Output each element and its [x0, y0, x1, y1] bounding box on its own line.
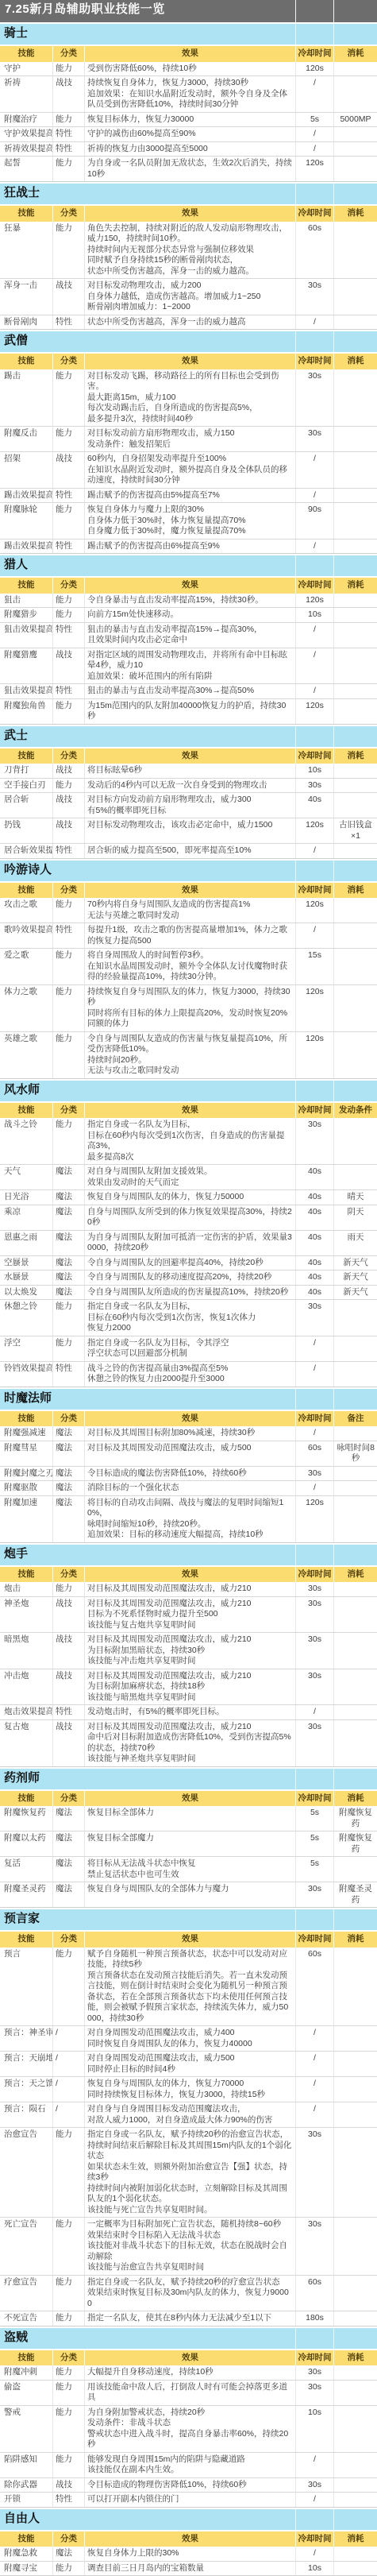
category-cell: 能力 [52, 503, 84, 539]
cost-cell: 晴天 [333, 1190, 377, 1205]
table-row: 守护能力受到伤害降低60%，持续10秒120s [0, 62, 377, 77]
category-cell: 能力 [52, 779, 84, 793]
category-cell: 特性 [52, 489, 84, 503]
cooldown-cell: 120s [295, 1496, 333, 1542]
table-row: 预言：天之馈赠/恢复自身与周围队友的体力，恢复力70000 同时持续恢复目标体力… [0, 2077, 377, 2102]
table-row: 空蜃景魔法令自身与周围队友的回避率提高40%，持续20秒40s新天气 [0, 1256, 377, 1271]
class-bar-spacer [333, 555, 377, 576]
cost-cell [333, 2562, 377, 2576]
cooldown-cell: / [295, 923, 333, 948]
class-bar-spacer [333, 2328, 377, 2349]
cost-cell [333, 2052, 377, 2076]
column-header-cost-cell: 发动条件 [333, 1103, 377, 1119]
column-header-category-cell: 分类 [52, 1567, 84, 1583]
column-header-cooldown-cell: 冷却时间 [295, 1411, 333, 1427]
skill-name-cell: 死亡宣告 [0, 2218, 52, 2275]
class-section-bar: 时魔法师 [0, 1387, 377, 1411]
cooldown-cell: 10s [295, 764, 333, 778]
cost-cell [333, 2547, 377, 2561]
skill-name-cell: 附魔寻宝 [0, 2562, 52, 2576]
effect-cell: 为自身附加警戒状态，持续20秒 发动条件：非战斗状态 警戒状态中进入战斗时，提高… [84, 2406, 295, 2452]
column-header-cooldown-cell: 冷却时间 [295, 748, 333, 764]
effect-cell: 对自身周围发动范围魔法攻击，威力500 同时停止目标的时间4秒 [84, 2052, 295, 2076]
class-section-bar: 预言家 [0, 1908, 377, 1932]
column-header-effect-cell: 效果 [84, 2350, 295, 2366]
table-row: 附魔独角兽能力为15m范围内的队友附加40000恢复力的护盾，持续30秒120s [0, 699, 377, 725]
class-bar-spacer [295, 1545, 333, 1565]
skill-name-cell: 治愈宣告 [0, 2128, 52, 2217]
table-row: 附魔治疗能力恢复目标体力，恢复力300005s5000MP [0, 113, 377, 128]
category-cell: 魔法 [52, 1441, 84, 1466]
category-cell: 战技 [52, 279, 84, 315]
cooldown-cell: 120s [295, 818, 333, 843]
skill-name-cell: 爱之歌 [0, 949, 52, 984]
column-header-row: 技能分类效果冷却时间消耗 [0, 206, 377, 222]
class-name: 猎人 [0, 555, 295, 576]
skill-name-cell: 冲击炮 [0, 1669, 52, 1705]
skill-name-cell: 预言：陨石 [0, 2102, 52, 2127]
cost-cell [333, 779, 377, 793]
cost-cell [333, 985, 377, 1031]
class-name: 预言家 [0, 1909, 295, 1930]
cost-cell: 阴天 [333, 1205, 377, 1230]
cost-cell [333, 608, 377, 622]
column-header-skill-name-cell: 技能 [0, 748, 52, 764]
skill-name-cell: 天气 [0, 1165, 52, 1189]
effect-cell: 对目标及其周围发动范围魔法攻击，威力210 为目标附加黑暗状态，持续30秒 该技… [84, 1633, 295, 1669]
class-bar-spacer [295, 2328, 333, 2349]
table-row: 歌吟效果提高特性每提升1级，攻击之歌的伤害提高量增加1%，体力之歌的恢复力提高5… [0, 923, 377, 949]
skill-name-cell: 附魔彗星 [0, 1441, 52, 1466]
category-cell: 能力 [52, 2218, 84, 2275]
skill-name-cell: 陷阱感知 [0, 2453, 52, 2477]
column-header-row: 技能分类效果冷却时间消耗 [0, 883, 377, 899]
cooldown-cell: / [295, 2026, 333, 2051]
effect-cell: 恢复自身与周围队友的体力，恢复力70000 同时持续恢复目标体力，恢复力3000… [84, 2077, 295, 2102]
class-bar-spacer [295, 1769, 333, 1789]
cost-cell [333, 62, 377, 76]
cost-cell: 新天气 [333, 1271, 377, 1285]
class-bar-spacer [295, 1909, 333, 1930]
table-row: 浑身一击战技对目标发动物理攻击，威力200 自身体力越低，造成伤害越高。增加威力… [0, 279, 377, 315]
column-header-cooldown-cell: 冷却时间 [295, 1103, 333, 1119]
effect-cell: 对目标方向发动前方扇形物理攻击，威力300 有5%的概率即死目标 [84, 793, 295, 818]
cooldown-cell: 40s [295, 1165, 333, 1189]
table-row: 居合斩战技对目标方向发动前方扇形物理攻击，威力300 有5%的概率即死目标40s [0, 793, 377, 818]
effect-cell: 为自身与周围队友附加可抵消一定伤害的护盾，效果量30000，持续20秒 [84, 1231, 295, 1255]
column-header-category-cell: 分类 [52, 206, 84, 222]
category-cell: 特性 [52, 844, 84, 858]
class-section-炮手: 炮手技能分类效果冷却时间消耗炮击能力对目标及其周围发动范围魔法攻击，威力2103… [0, 1543, 377, 1767]
cooldown-cell: 120s [295, 699, 333, 724]
cost-cell [333, 949, 377, 984]
cost-cell [333, 923, 377, 948]
category-cell: 能力 [52, 1582, 84, 1596]
cooldown-cell: / [295, 844, 333, 858]
skill-name-cell: 踢击效果提高 [0, 489, 52, 503]
effect-cell: 指定一名队友，使其在8秒内体力无法减少至1以下 [84, 2311, 295, 2326]
skill-name-cell: 踢击 [0, 369, 52, 427]
column-header-cost-cell: 消耗 [333, 1932, 377, 1947]
effect-cell: 指定自身或一名队友为目标， 目标在60秒内每次受到1次伤害，恢复1次体力 恢复力… [84, 1300, 295, 1336]
class-section-武士: 武士技能分类效果冷却时间消耗刀背打战技将目标眩晕6秒10s空手接白刃能力发动后的… [0, 725, 377, 859]
cost-cell [333, 1426, 377, 1441]
cooldown-cell: 30s [295, 779, 333, 793]
effect-cell: 持续恢复自身体力，恢复力3000，持续30秒 追加效果：在知识水晶附近发动时，额… [84, 76, 295, 112]
category-cell: 能力 [52, 369, 84, 427]
category-cell: 能力 [52, 1032, 84, 1078]
category-cell: 特性 [52, 315, 84, 330]
class-section-狂战士: 狂战士技能分类效果冷却时间消耗狂暴能力角色失去控制，持续对附近的敌人发动扇形物理… [0, 182, 377, 330]
category-cell: 能力 [52, 113, 84, 127]
skill-name-cell: 起誓 [0, 157, 52, 181]
effect-cell: 将目标眩晕6秒 [84, 764, 295, 778]
effect-cell: 指定自身或一名队友，赋予持续20秒的治愈宣告状态， 持续时间结束后解除目标及其周… [84, 2128, 295, 2217]
class-name: 骑士 [0, 24, 295, 44]
class-section-药剂师: 药剂师技能分类效果冷却时间消耗附魔恢复药魔法恢复目标全部体力5s附魔恢复药附魔以… [0, 1767, 377, 1909]
column-header-cost-cell: 消耗 [333, 2350, 377, 2366]
cost-cell [333, 127, 377, 141]
category-cell: 魔法 [52, 1467, 84, 1481]
class-bar-spacer [295, 1389, 333, 1410]
effect-cell: 对目标发动物理攻击，该攻击必定命中，威力1500 [84, 818, 295, 843]
class-name: 武僧 [0, 331, 295, 352]
cooldown-cell: 10s [295, 2562, 333, 2576]
category-cell: 魔法 [52, 1496, 84, 1542]
table-row: 狙击能力令自身暴击与直击发动率提高15%，持续30秒。120s [0, 594, 377, 609]
skill-name-cell: 狙击效果提高II [0, 684, 52, 698]
cooldown-cell: / [295, 540, 333, 554]
table-row: 陷阱感知能力能够发现自身周围15m内的陷阱与隐藏道路 该技能仅在副本内生效。/ [0, 2453, 377, 2478]
table-row: 不死宣告能力指定一名队友，使其在8秒内体力无法减少至1以下180s [0, 2311, 377, 2327]
effect-cell: 对目标及其周围目标附加80%减速，持续30秒 [84, 1426, 295, 1441]
skill-name-cell: 预言：神圣审判 [0, 2026, 52, 2051]
cooldown-cell: 40s [295, 1271, 333, 1285]
column-header-skill-name-cell: 技能 [0, 1567, 52, 1583]
category-cell: / [52, 2102, 84, 2127]
class-bar-spacer [333, 2509, 377, 2530]
effect-cell: 将目标的自动攻击间隔、战技与魔法的复唱时间缩短10%， 咏唱时间缩短10秒，持续… [84, 1496, 295, 1542]
class-name: 时魔法师 [0, 1389, 295, 1410]
category-cell: 魔法 [52, 1190, 84, 1205]
column-header-skill-name-cell: 技能 [0, 1411, 52, 1427]
class-section-bar: 自由人 [0, 2508, 377, 2532]
class-name: 狂战士 [0, 184, 295, 204]
column-header-effect-cell: 效果 [84, 1567, 295, 1583]
cost-cell [333, 1300, 377, 1336]
effect-cell: 发动炮击时，有5%的概率即死目标。 [84, 1705, 295, 1719]
cost-cell [333, 623, 377, 648]
effect-cell: 70秒内将自身与周围队友造成的伤害提高1% 无法与英雄之歌同时发动 [84, 898, 295, 922]
skill-name-cell: 偷盗 [0, 2381, 52, 2405]
cost-cell: 附魔恢复药 [333, 1806, 377, 1831]
column-header-cost-cell: 备注 [333, 1411, 377, 1427]
table-row: 守护效果提高特性守护的减伤由60%提高至90%/ [0, 127, 377, 142]
cost-cell [333, 222, 377, 279]
skill-name-cell: 炮击 [0, 1582, 52, 1596]
table-row: 附魔冲刺能力大幅提升自身移动速度，持续10秒30s [0, 2365, 377, 2381]
class-name: 自由人 [0, 2509, 295, 2530]
skill-name-cell: 附魔独角兽 [0, 699, 52, 724]
column-header-row: 技能分类效果冷却时间消耗 [0, 2350, 377, 2366]
effect-cell: 消除目标的一个强化状态 [84, 1481, 295, 1495]
category-cell: 特性 [52, 923, 84, 948]
class-section-自由人: 自由人技能分类效果冷却时间消耗附魔急救魔法恢复自身体力上限的30%/附魔寻宝能力… [0, 2508, 377, 2576]
skill-name-cell: 铃铛效果提高 [0, 1362, 52, 1387]
skill-name-cell: 歌吟效果提高 [0, 923, 52, 948]
effect-cell: 踢击赋予的伤害提高由5%提高至7% [84, 489, 295, 503]
effect-cell: 令目标造成的物理伤害降低10%，持续60秒 [84, 2478, 295, 2493]
class-bar-spacer [333, 1389, 377, 1410]
effect-cell: 令目标造成的魔法伤害降低10%，持续60秒 [84, 1467, 295, 1481]
column-header-cost-cell: 消耗 [333, 578, 377, 594]
class-name: 炮手 [0, 1545, 295, 1565]
category-cell: 特性 [52, 540, 84, 554]
table-row: 居合斩效果提高特性居合斩的威力提高至500，即死率提高至10%/ [0, 844, 377, 859]
class-bar-spacer [333, 184, 377, 204]
category-cell: 能力 [52, 2276, 84, 2311]
skill-name-cell: 水蜃景 [0, 1271, 52, 1285]
effect-cell: 令自身与周围队友造成的伤害量与恢复量提高10%，所受伤害降低10%。 持续时间2… [84, 1032, 295, 1078]
class-section-bar: 武士 [0, 725, 377, 748]
skill-name-cell: 附魔以太药 [0, 1831, 52, 1856]
cost-cell [333, 699, 377, 724]
table-row: 附魔彗星魔法对目标及其周围发动范围魔法攻击，威力50060s咏唱时间8秒 [0, 1441, 377, 1467]
category-cell: 能力 [52, 2453, 84, 2477]
cooldown-cell: 40s [295, 1205, 333, 1230]
skill-name-cell: 守护 [0, 62, 52, 76]
table-row: 体力之歌能力持续恢复自身与周围队友的体力，恢复力3000，持续30秒 同时将所有… [0, 985, 377, 1032]
category-cell: 能力 [52, 157, 84, 181]
table-row: 附魔脉轮能力恢复自身体力与魔力上限的30% 自身体力低于30%时，体力恢复量提高… [0, 503, 377, 540]
skill-name-cell: 除你武器 [0, 2478, 52, 2493]
effect-cell: 恢复自身体力与魔力上限的30% 自身体力低于30%时，体力恢复量提高70% 自身… [84, 503, 295, 539]
cooldown-cell: 40s [295, 1231, 333, 1255]
category-cell: 能力 [52, 949, 84, 984]
effect-cell: 为自身或一名队员附加无敌状态，生效2次后消失，持续10秒 [84, 157, 295, 181]
cooldown-cell: 10s [295, 608, 333, 622]
cost-cell [333, 76, 377, 112]
column-header-cooldown-cell: 冷却时间 [295, 1567, 333, 1583]
table-row: 预言：神圣审判/对自身周围发动范围魔法攻击，威力400 同时恢复自身周围队友的体… [0, 2026, 377, 2052]
category-cell: 能力 [52, 2311, 84, 2326]
category-cell: / [52, 2052, 84, 2076]
cooldown-cell: 30s [295, 1882, 333, 1907]
cooldown-cell: 30s [295, 369, 333, 427]
column-header-row: 技能分类效果冷却时间备注 [0, 1411, 377, 1427]
table-row: 爱之歌能力将自身周围敌人的时间暂停3秒。 在知识水晶周围发动时，额外令全体队友讨… [0, 949, 377, 985]
table-row: 附魔驱散魔法消除目标的一个强化状态/ [0, 1481, 377, 1496]
category-cell: 魔法 [52, 1256, 84, 1271]
column-header-cost-cell: 消耗 [333, 1567, 377, 1583]
class-bar-spacer [295, 555, 333, 576]
table-row: 死亡宣告能力一定概率为目标附加死亡宣告状态，随机持续8~60秒 效果结束时令目标… [0, 2218, 377, 2276]
column-header-skill-name-cell: 技能 [0, 578, 52, 594]
skill-name-cell: 战斗之铃 [0, 1118, 52, 1164]
column-header-category-cell: 分类 [52, 578, 84, 594]
column-header-category-cell: 分类 [52, 1791, 84, 1807]
cooldown-cell: 180s [295, 2311, 333, 2326]
column-header-category-cell: 分类 [52, 46, 84, 62]
category-cell: 特性 [52, 1362, 84, 1387]
effect-cell: 对目标发动前方扇形物理攻击，威力150 发动条件：触发招架后 [84, 427, 295, 451]
cooldown-cell: 120s [295, 594, 333, 608]
cooldown-cell: 30s [295, 427, 333, 451]
skill-name-cell: 附魔加速 [0, 1496, 52, 1542]
column-header-skill-name-cell: 技能 [0, 1791, 52, 1807]
skill-name-cell: 踢击效果提高II [0, 540, 52, 554]
cooldown-cell: / [295, 2077, 333, 2102]
effect-cell: 状态中所受伤害越高，浑身一击的威力越高 [84, 315, 295, 330]
cooldown-cell: / [295, 1481, 333, 1495]
table-row: 附魔封魔之刃魔法令目标造成的魔法伤害降低10%，持续60秒30s [0, 1467, 377, 1482]
column-header-effect-cell: 效果 [84, 46, 295, 62]
cooldown-cell: 30s [295, 1582, 333, 1596]
class-section-猎人: 猎人技能分类效果冷却时间消耗狙击能力令自身暴击与直击发动率提高15%，持续30秒… [0, 554, 377, 725]
category-cell: / [52, 2077, 84, 2102]
cost-cell [333, 1032, 377, 1078]
category-cell: 战技 [52, 1669, 84, 1705]
column-header-effect-cell: 效果 [84, 2532, 295, 2547]
table-row: 水蜃景魔法令自身与周围队友的移动速度提高20%，持续20秒40s新天气 [0, 1271, 377, 1286]
column-header-skill-name-cell: 技能 [0, 354, 52, 369]
column-header-cost-cell: 消耗 [333, 354, 377, 369]
cost-cell: 咏唱时间8秒 [333, 1441, 377, 1466]
table-row: 踢击能力对目标发动飞踢，移动路径上的所有目标也会受到伤害。 最大距离15m，威力… [0, 369, 377, 427]
effect-cell: 对目标发动飞踢，移动路径上的所有目标也会受到伤害。 最大距离15m，威力100 … [84, 369, 295, 427]
table-row: 附魔猎鹰战技对指定区域的周围发动物理攻击，并将所有命中目标眩晕4秒，威力10 追… [0, 648, 377, 685]
column-header-row: 技能分类效果冷却时间消耗 [0, 748, 377, 764]
table-row: 附魔猎步能力向前方15m处快速移动。10s [0, 608, 377, 623]
cooldown-cell: / [295, 2453, 333, 2477]
table-row: 休憩之铃能力指定自身或一名队友为目标， 目标在60秒内每次受到1次伤害，恢复1次… [0, 1300, 377, 1336]
effect-cell: 令自身与周围队友所造成的伤害量提高10%，持续20秒 [84, 1286, 295, 1300]
category-cell: 魔法 [52, 1231, 84, 1255]
cooldown-cell: / [295, 2547, 333, 2561]
category-cell: 能力 [52, 898, 84, 922]
skill-name-cell: 附魔封魔之刃 [0, 1467, 52, 1481]
skill-name-cell: 不死宣告 [0, 2311, 52, 2326]
category-cell: 能力 [52, 2381, 84, 2405]
cooldown-cell: 30s [295, 1467, 333, 1481]
skill-name-cell: 招架 [0, 452, 52, 488]
category-cell: 魔法 [52, 1882, 84, 1907]
cost-cell [333, 2365, 377, 2380]
effect-cell: 大幅提升自身移动速度，持续10秒 [84, 2365, 295, 2380]
table-row: 附魔寻宝能力调查目前三日月岛内的宝箱数量10s [0, 2562, 377, 2576]
table-row: 乘凉魔法自身与周围队友所受到的体力恢复效果提高30%，持续20秒40s阴天 [0, 1205, 377, 1231]
skill-name-cell: 复活 [0, 1857, 52, 1882]
column-header-cooldown-cell: 冷却时间 [295, 354, 333, 369]
class-section-bar: 风水师 [0, 1079, 377, 1103]
class-section-骑士: 骑士技能分类效果冷却时间消耗守护能力受到伤害降低60%，持续10秒120s祈祷战… [0, 22, 377, 182]
category-cell: 魔法 [52, 1806, 84, 1831]
table-row: 恩惠之雨魔法为自身与周围队友附加可抵消一定伤害的护盾，效果量30000，持续20… [0, 1231, 377, 1256]
cost-cell: 附魔恢复药 [333, 1831, 377, 1856]
effect-cell: 对目标及其周围发动范围魔法攻击，威力210 为目标附加麻痹状态，持续18秒 该技… [84, 1669, 295, 1705]
column-header-cooldown-cell: 冷却时间 [295, 2350, 333, 2366]
title-bar: 7.25新月岛辅助职业技能一览 [0, 0, 377, 22]
category-cell: 能力 [52, 699, 84, 724]
title-bar-cost-cell [333, 0, 377, 22]
category-cell: 战技 [52, 452, 84, 488]
effect-cell: 令自身暴击与直击发动率提高15%，持续30秒。 [84, 594, 295, 608]
cost-cell [333, 1633, 377, 1669]
effect-cell: 能够发现自身周围15m内的陷阱与隐藏道路 该技能仅在副本内生效。 [84, 2453, 295, 2477]
category-cell: 魔法 [52, 1857, 84, 1882]
column-header-category-cell: 分类 [52, 1411, 84, 1427]
effect-cell: 赋予自身随机一种预言预备状态，状态中可以发动对应技能，持续5秒 预言预备状态在发… [84, 1947, 295, 2026]
cooldown-cell: 40s [295, 1256, 333, 1271]
class-bar-spacer [295, 1081, 333, 1101]
effect-cell: 狙击的暴击与直击发动率提高30%→提高50% [84, 684, 295, 698]
column-header-cost-cell: 消耗 [333, 748, 377, 764]
cooldown-cell: 120s [295, 62, 333, 76]
cooldown-cell: 60s [295, 2276, 333, 2311]
class-bar-spacer [333, 1909, 377, 1930]
cost-cell [333, 1597, 377, 1633]
class-bar-spacer [333, 331, 377, 352]
table-row: 神圣炮战技对目标及其周围发动范围魔法攻击，威力210 目标为不死系怪物时威力提升… [0, 1597, 377, 1634]
cost-cell [333, 898, 377, 922]
class-section-盗贼: 盗贼技能分类效果冷却时间消耗附魔冲刺能力大幅提升自身移动速度，持续10秒30s偷… [0, 2327, 377, 2508]
cooldown-cell: 30s [295, 1669, 333, 1705]
table-row: 祈祷效果提高特性祈祷的恢复力由3000提高至5000/ [0, 142, 377, 157]
cost-cell [333, 764, 377, 778]
cost-cell [333, 793, 377, 818]
class-section-bar: 猎人 [0, 554, 377, 578]
table-row: 复古炮战技对目标及其周围发动范围魔法攻击，威力210 命中后对目标附加造成伤害降… [0, 1720, 377, 1767]
column-header-cooldown-cell: 冷却时间 [295, 578, 333, 594]
category-cell: 特性 [52, 684, 84, 698]
cost-cell [333, 1362, 377, 1387]
category-cell: 能力 [52, 1947, 84, 2026]
cooldown-cell: 30s [295, 1633, 333, 1669]
skill-name-cell: 狙击 [0, 594, 52, 608]
cooldown-cell: 30s [295, 2381, 333, 2405]
cost-cell [333, 489, 377, 503]
column-header-skill-name-cell: 技能 [0, 2532, 52, 2547]
cost-cell [333, 2478, 377, 2493]
skill-name-cell: 预言 [0, 1947, 52, 2026]
column-header-category-cell: 分类 [52, 2350, 84, 2366]
skill-name-cell: 警戒 [0, 2406, 52, 2452]
skill-name-cell: 守护效果提高 [0, 127, 52, 141]
class-name: 药剂师 [0, 1769, 295, 1789]
effect-cell: 对目标及其周围发动范围魔法攻击，威力210 命中后对目标附加造成伤害降低10%，… [84, 1720, 295, 1766]
effect-cell: 对指定区域的周围发动物理攻击，并将所有命中目标眩晕4秒，威力10 追加效果：破坏… [84, 648, 295, 684]
column-header-row: 技能分类效果冷却时间消耗 [0, 2532, 377, 2547]
effect-cell: 发动后的4秒内可以无敌一次自身受到的物理攻击 [84, 779, 295, 793]
cooldown-cell: 5s [295, 1831, 333, 1856]
class-bar-spacer [333, 1545, 377, 1565]
class-section-武僧: 武僧技能分类效果冷却时间消耗踢击能力对目标发动飞踢，移动路径上的所有目标也会受到… [0, 330, 377, 554]
cooldown-cell: 30s [295, 2128, 333, 2217]
class-bar-spacer [295, 24, 333, 44]
effect-cell: 对目标及其周围发动范围魔法攻击，威力500 [84, 1441, 295, 1466]
table-row: 炮击能力对目标及其周围发动范围魔法攻击，威力21030s [0, 1582, 377, 1597]
effect-cell: 令自身与周围队友的移动速度提高20%，持续20秒 [84, 1271, 295, 1285]
table-row: 英雄之歌能力令自身与周围队友造成的伤害量与恢复量提高10%，所受伤害降低10%。… [0, 1032, 377, 1079]
column-header-cooldown-cell: 冷却时间 [295, 1791, 333, 1807]
skill-name-cell: 恩惠之雨 [0, 1231, 52, 1255]
effect-cell: 对自身与自身周围目标发动范围魔法攻击， 对敌人威力1000，对自身造成最大体力9… [84, 2102, 295, 2127]
table-row: 警戒能力为自身附加警戒状态，持续20秒 发动条件：非战斗状态 警戒状态中进入战斗… [0, 2406, 377, 2453]
skill-name-cell: 附魔反击 [0, 427, 52, 451]
category-cell: 能力 [52, 1336, 84, 1361]
table-row: 附魔反击能力对目标发动前方扇形物理攻击，威力150 发动条件：触发招架后30s [0, 427, 377, 452]
category-cell: 特性 [52, 2493, 84, 2507]
